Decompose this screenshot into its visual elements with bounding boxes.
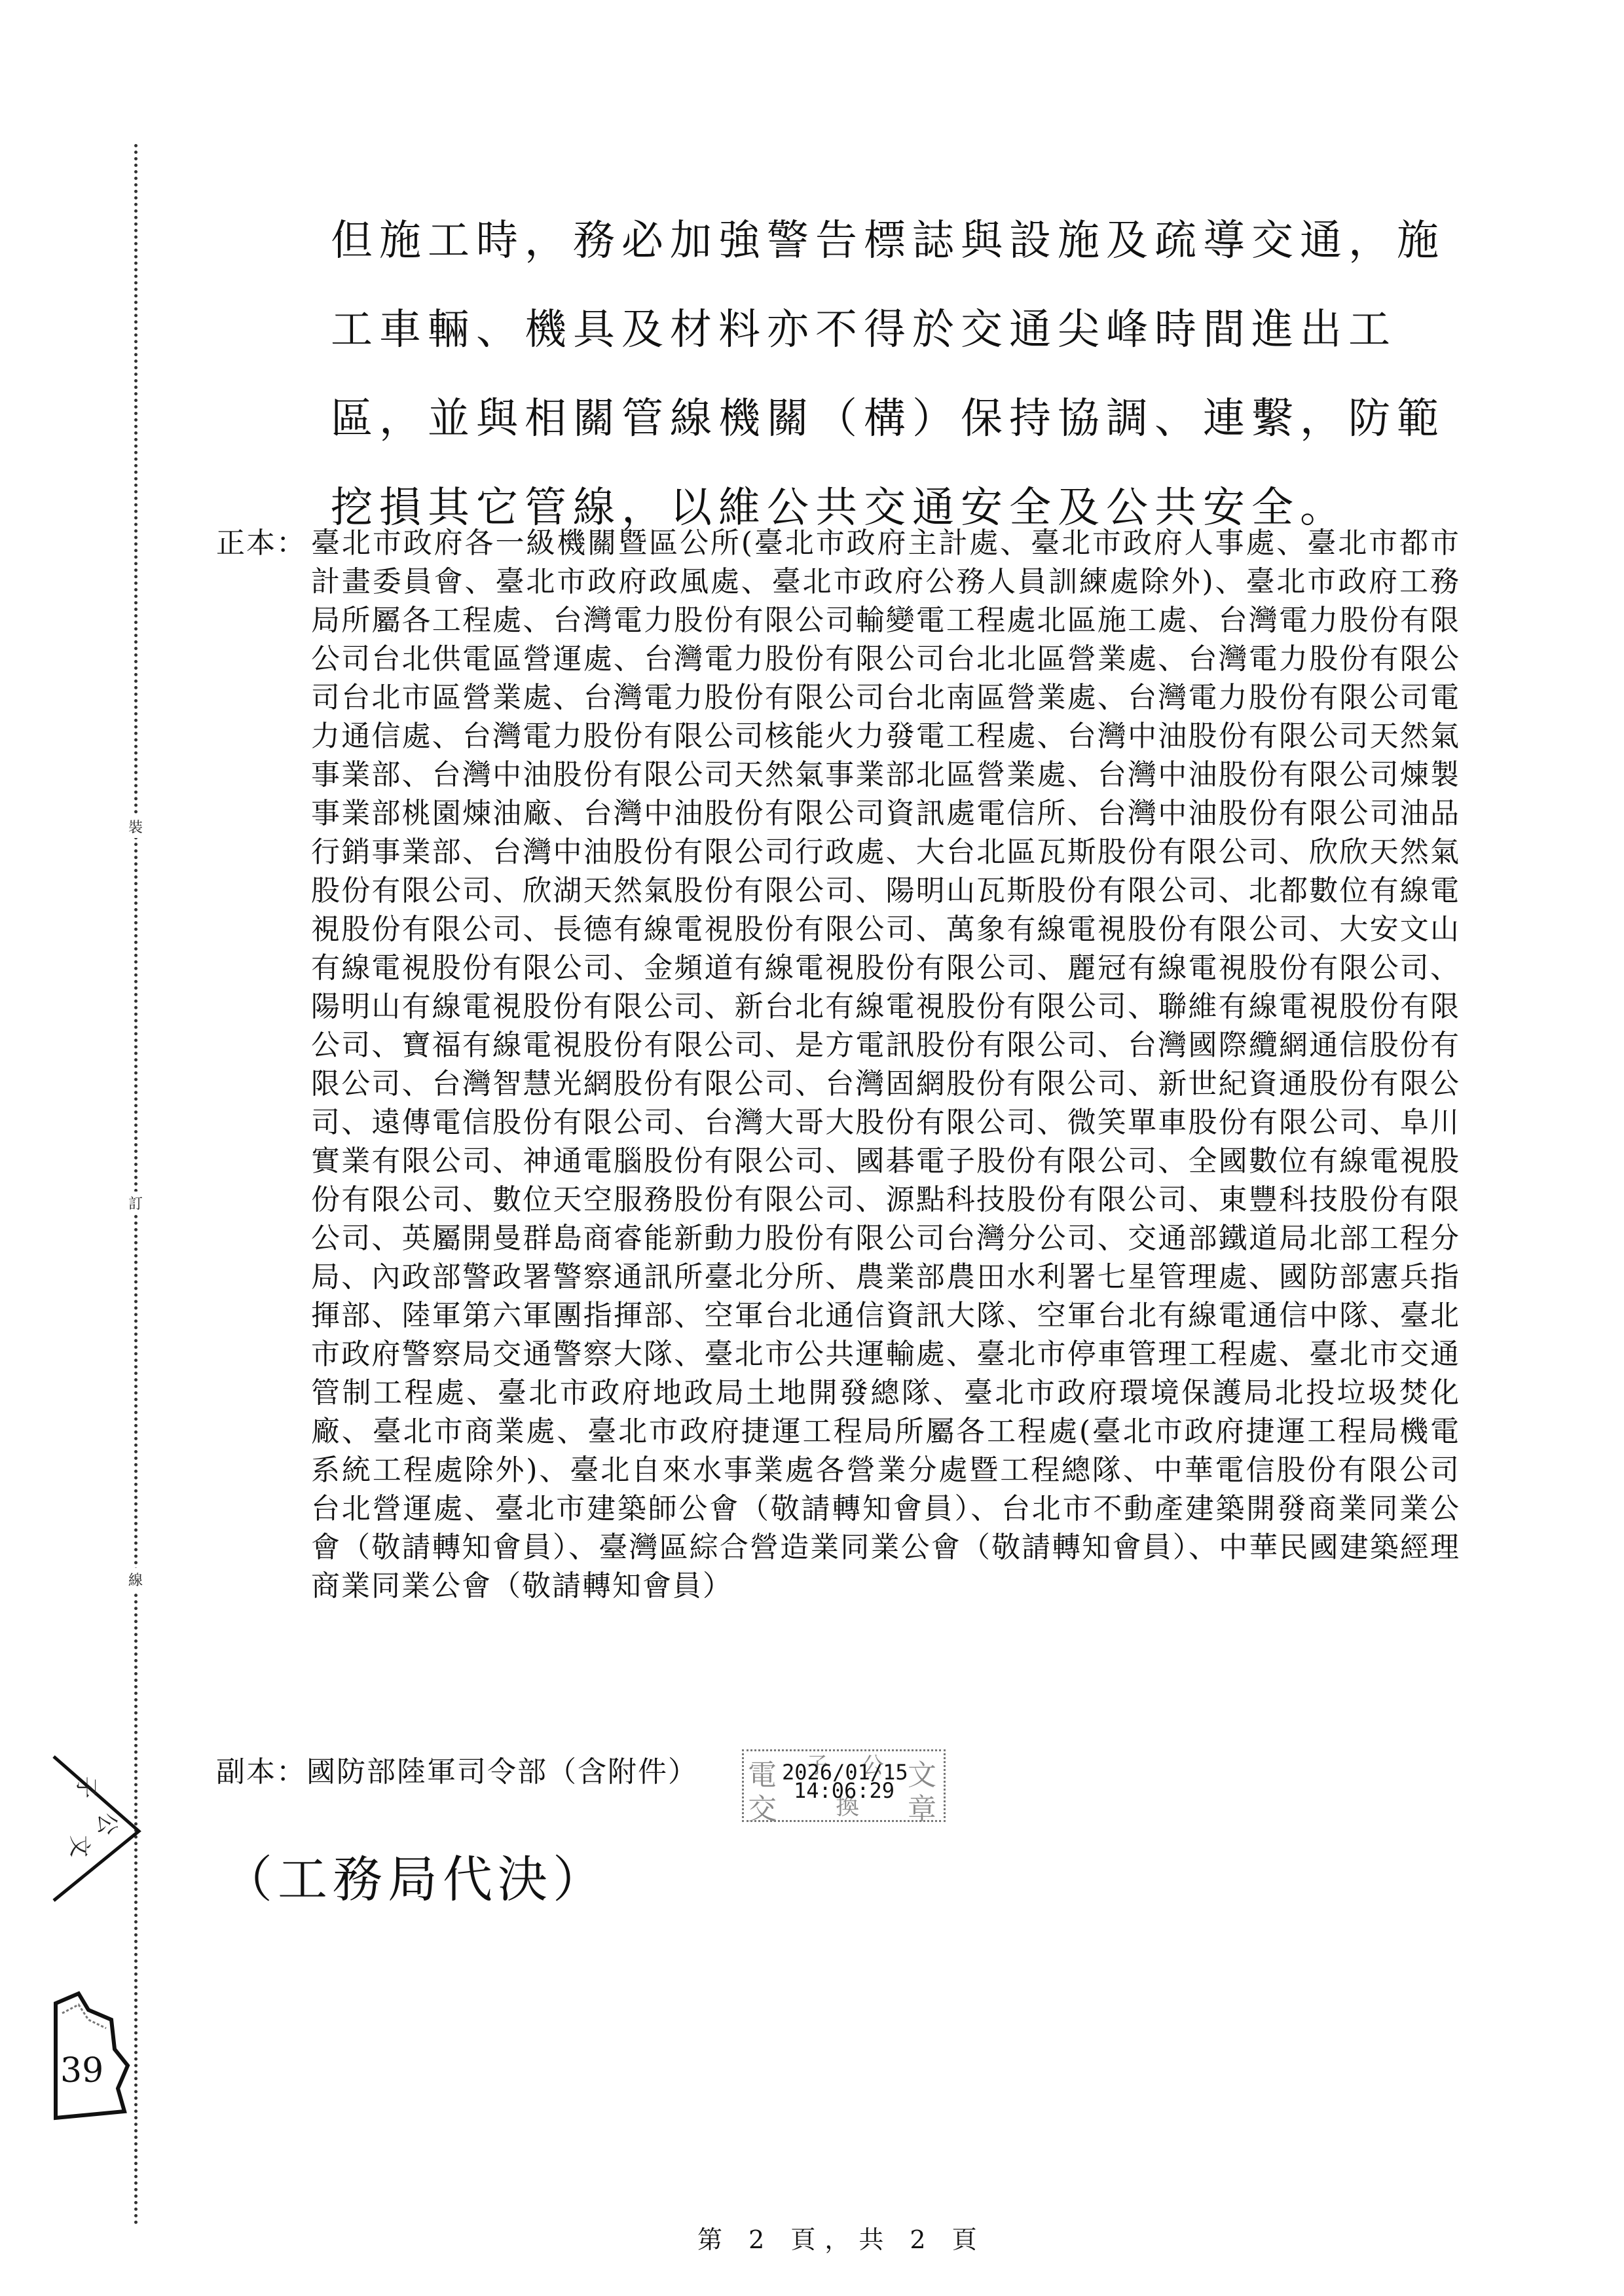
distribution-list: 正本： 臺北市政府各一級機關暨區公所(臺北市政府主計處、臺北市政府人事處、臺北市…: [216, 524, 1460, 1605]
carbon-copy: 副本：國防部陸軍司令部（含附件）: [216, 1748, 698, 1790]
binding-mark-zhuang: 裝: [128, 815, 143, 838]
stamp-time: 14:06:29: [782, 1781, 906, 1800]
stamp-char: 交: [748, 1785, 777, 1827]
proxy-decision: （工務局代決）: [223, 1840, 608, 1911]
e-document-exchange-stamp: 電 子 公 文 交 換 章 2026/01/15 14:06:29: [742, 1749, 946, 1822]
stamp-char: 章: [908, 1785, 936, 1827]
binding-line: [134, 144, 138, 2226]
seal-page-number: 39: [60, 2051, 103, 2090]
triangle-seal-icon: 子 公 文: [52, 1751, 144, 1902]
distribution-text: 臺北市政府各一級機關暨區公所(臺北市政府主計處、臺北市政府人事處、臺北市都市計畫…: [311, 524, 1460, 1605]
carbon-copy-label: 副本：: [216, 1755, 306, 1789]
svg-text:子: 子: [73, 1776, 99, 1798]
page-number-seal-icon: 39: [52, 1990, 131, 2121]
binding-mark-ding: 訂: [128, 1192, 143, 1214]
binding-mark-xian: 線: [128, 1568, 143, 1591]
stamp-datetime: 2026/01/15 14:06:29: [782, 1763, 906, 1800]
body-paragraph: 但施工時，務必加強警告標誌與設施及疏導交通，施工車輛、機具及材料亦不得於交通尖峰…: [331, 196, 1477, 553]
svg-text:公: 公: [94, 1813, 120, 1835]
distribution-label: 正本：: [216, 524, 306, 562]
carbon-copy-text: 國防部陸軍司令部（含附件）: [306, 1755, 698, 1789]
page-footer: 第 2 頁，共 2 頁: [697, 2219, 986, 2255]
svg-text:文: 文: [66, 1835, 92, 1857]
